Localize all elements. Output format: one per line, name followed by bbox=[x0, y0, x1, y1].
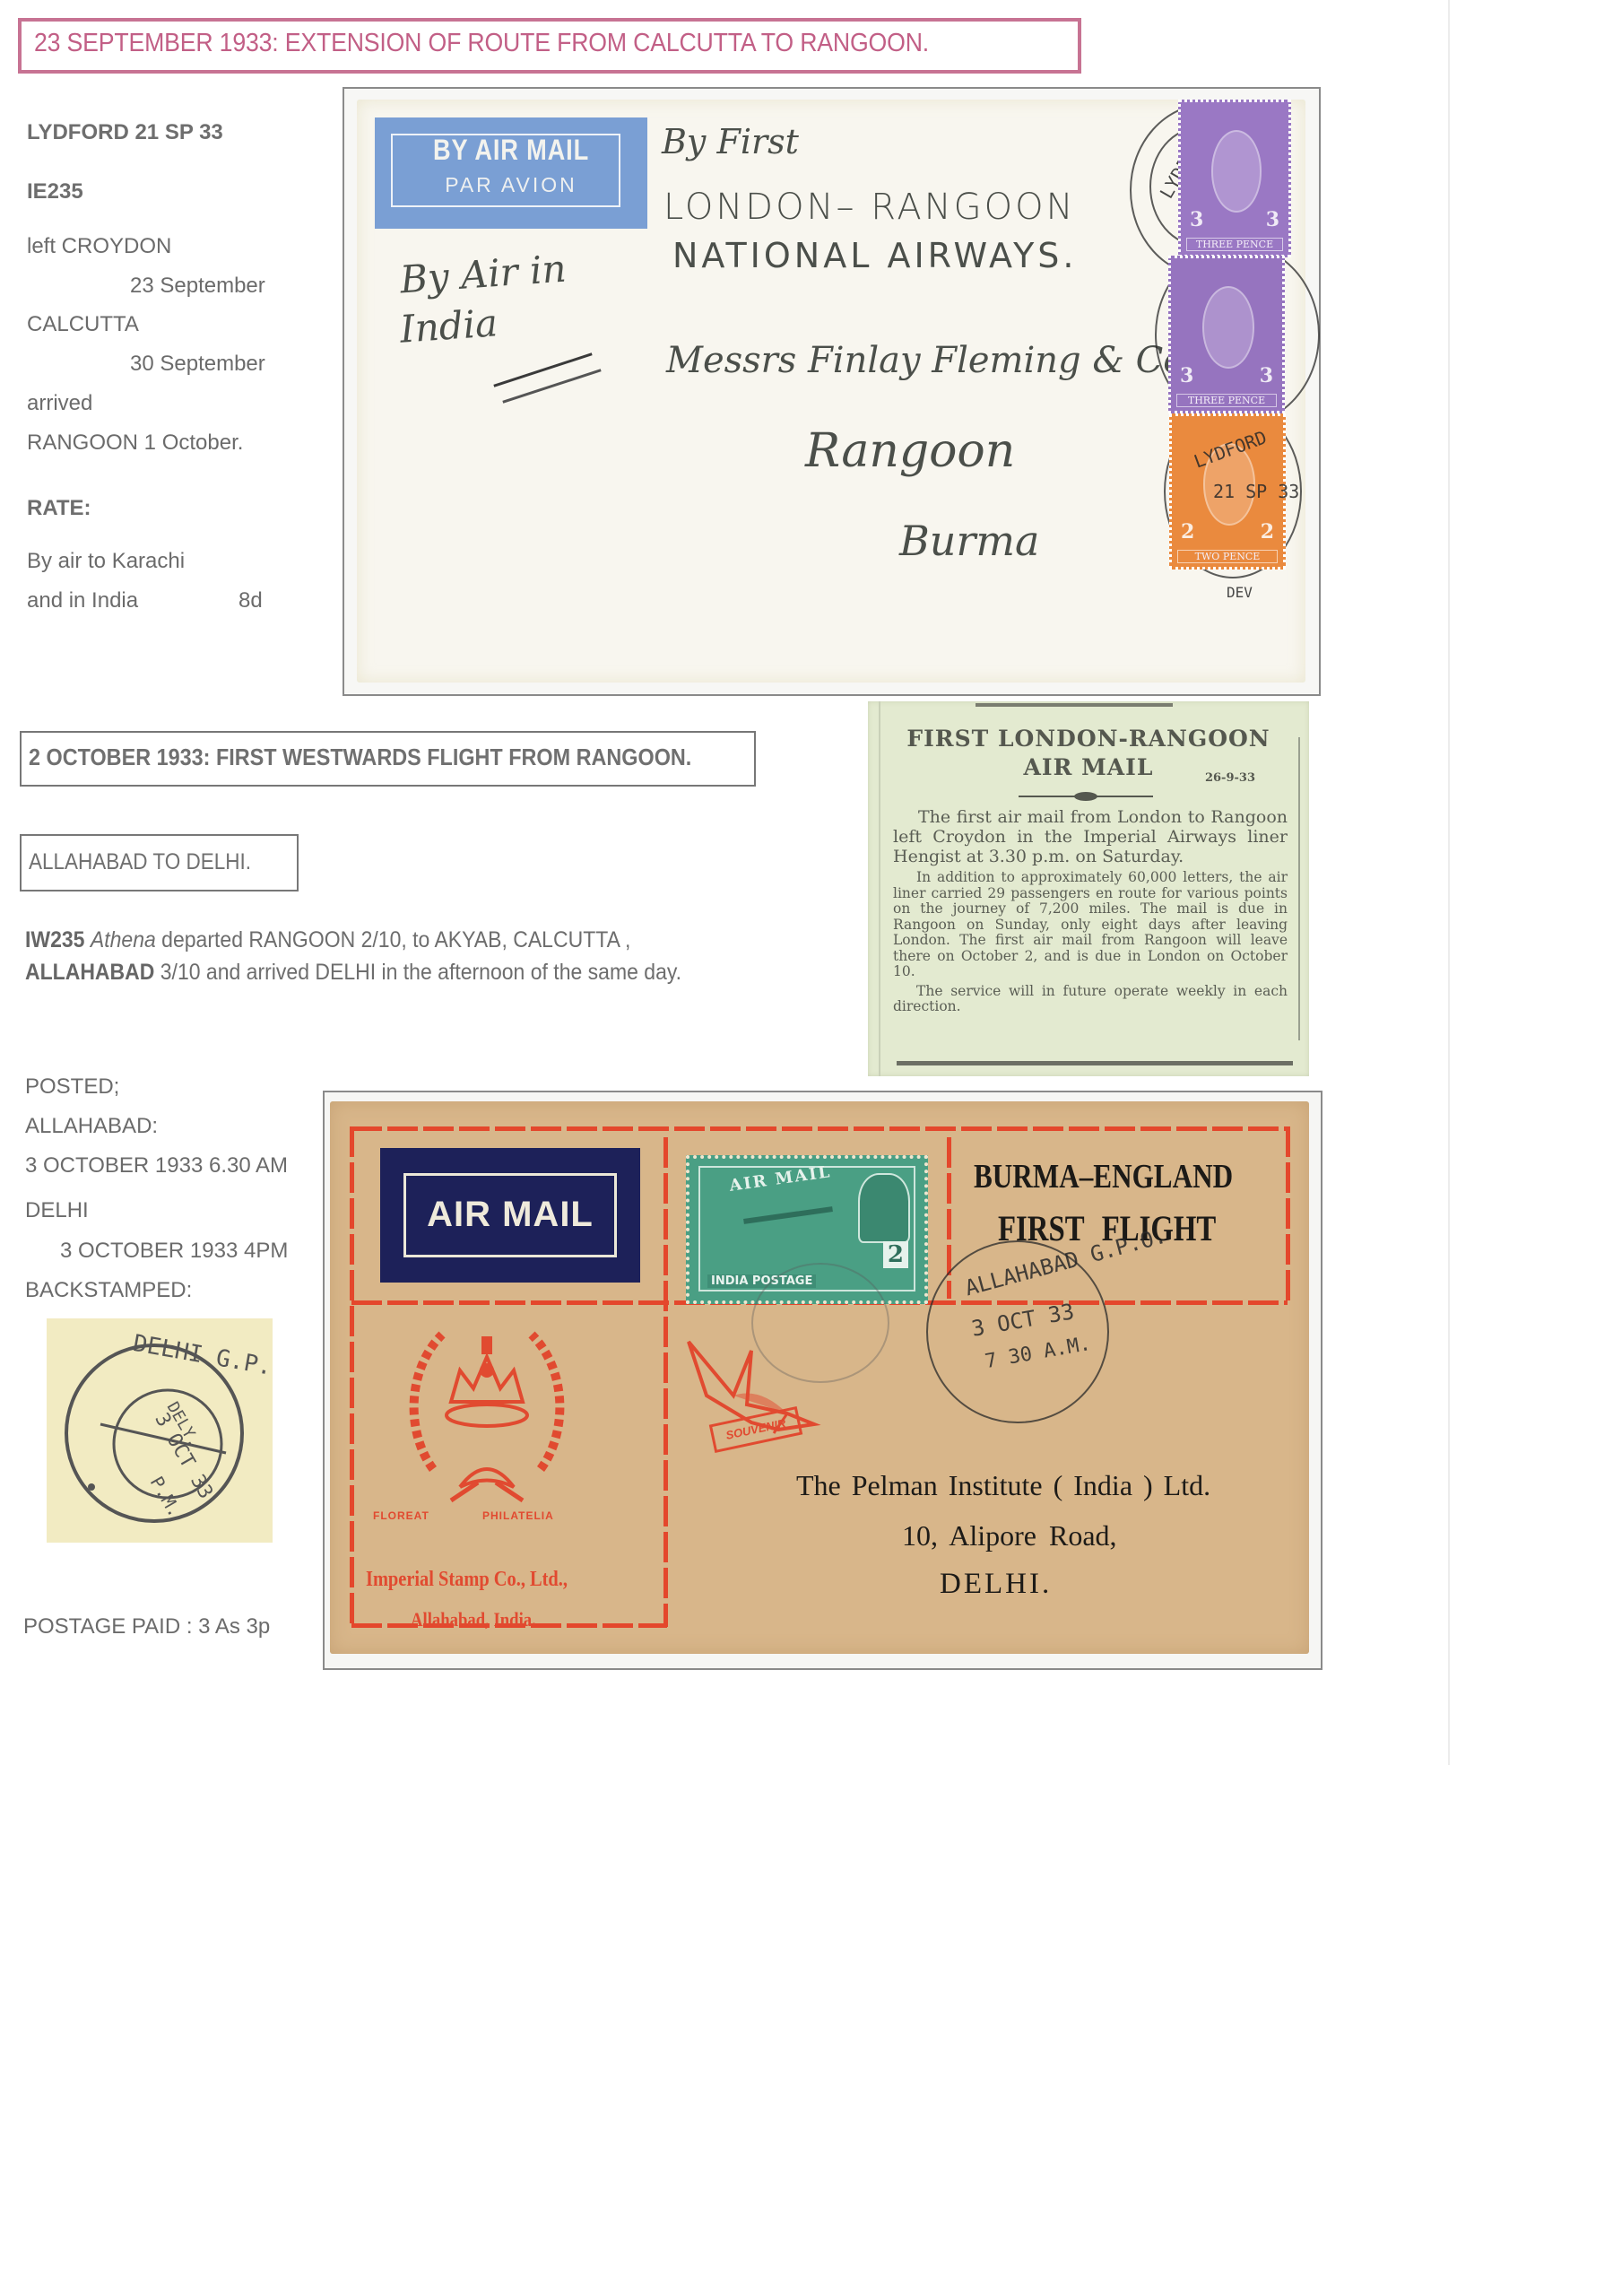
airmail-label: BY AIR MAIL PAR AVION bbox=[375, 117, 647, 229]
note-destination: DELHI bbox=[25, 1198, 89, 1223]
stop-name: ALLAHABAD bbox=[25, 960, 154, 985]
svg-text:DELHI G.P.O.: DELHI G.P.O. bbox=[131, 1330, 273, 1386]
cachet-border bbox=[350, 1126, 354, 1627]
cachet-maker-line1: Imperial Stamp Co., Ltd., bbox=[366, 1568, 568, 1592]
clipping-date: 26-9-33 bbox=[1205, 771, 1255, 785]
note-via-date: 30 September bbox=[130, 352, 265, 377]
airmail-label: AIR MAIL bbox=[380, 1148, 640, 1283]
route-heading-box: ALLAHABAD TO DELHI. bbox=[20, 834, 299, 891]
handwriting-underline bbox=[502, 369, 601, 403]
route-heading: ALLAHABAD TO DELHI. bbox=[29, 849, 251, 875]
note-destination-time: 3 OCTOBER 1933 4PM bbox=[60, 1239, 288, 1264]
note-left-date: 23 September bbox=[130, 274, 265, 299]
backstamp-image: DELHI G.P.O. DELY. 3 OCT 33 P.M. bbox=[47, 1318, 273, 1543]
page-title-box: 23 SEPTEMBER 1933: EXTENSION OF ROUTE FR… bbox=[18, 18, 1081, 74]
note-posted: POSTED; bbox=[25, 1074, 119, 1100]
cachet-border bbox=[351, 1126, 1288, 1131]
address-line-2: 10, Alipore Road, bbox=[902, 1519, 1117, 1552]
note-flight-number: IE235 bbox=[27, 179, 83, 204]
handwriting-india: India bbox=[398, 300, 499, 351]
address-line-3: Burma bbox=[899, 517, 1039, 565]
postmark-county: DEV bbox=[1227, 584, 1253, 601]
delhi-postmark-icon: DELHI G.P.O. DELY. 3 OCT 33 P.M. bbox=[47, 1318, 273, 1543]
cachet-border bbox=[1286, 1126, 1290, 1304]
page-title: 23 SEPTEMBER 1933: EXTENSION OF ROUTE FR… bbox=[34, 29, 929, 58]
note-rate-value: 8d bbox=[238, 588, 263, 613]
cover-1-mount: BY AIR MAIL PAR AVION By First LONDON– R… bbox=[343, 87, 1321, 696]
cachet-maker-line2: Allahabad, India. bbox=[411, 1608, 536, 1631]
handwriting-airline: NATIONAL AIRWAYS. bbox=[672, 236, 1078, 275]
aircraft-name: Athena bbox=[91, 927, 156, 952]
cachet-motto-left: FLOREAT bbox=[373, 1509, 429, 1522]
address-line-1: The Pelman Institute ( India ) Ltd. bbox=[796, 1469, 1210, 1502]
note-origin-time: 3 OCTOBER 1933 6.30 AM bbox=[25, 1153, 288, 1178]
section-heading: 2 OCTOBER 1933: FIRST WESTWARDS FLIGHT F… bbox=[29, 744, 691, 771]
note-arrived-label: arrived bbox=[27, 391, 92, 416]
cover-2-envelope: AIR MAIL AIR MAIL INDIA POSTAGE 2 BURMA–… bbox=[330, 1101, 1309, 1654]
note-arrived-value: RANGOON 1 October. bbox=[27, 430, 243, 456]
note-postmark: LYDFORD 21 SP 33 bbox=[27, 120, 223, 145]
flight-number: IW235 bbox=[25, 927, 84, 952]
stamp-three-pence: 3 3 THREE PENCE bbox=[1178, 100, 1291, 257]
flight-description: IW235 Athena departed RANGOON 2/10, to A… bbox=[25, 924, 685, 988]
page-margin-rule bbox=[1448, 0, 1450, 1765]
section-heading-box: 2 OCTOBER 1933: FIRST WESTWARDS FLIGHT F… bbox=[20, 731, 756, 787]
airmail-label-text: AIR MAIL bbox=[380, 1195, 640, 1235]
handwriting-by-air: By Air in bbox=[399, 247, 568, 302]
airmail-label-line1: BY AIR MAIL bbox=[395, 134, 627, 167]
cachet-title-line1: BURMA–ENGLAND bbox=[974, 1157, 1233, 1196]
cover-1-envelope: BY AIR MAIL PAR AVION By First LONDON– R… bbox=[357, 100, 1305, 683]
clipping-body: The first air mail from London to Rangoo… bbox=[893, 807, 1288, 1015]
handwriting-by-first: By First bbox=[662, 122, 799, 161]
note-left-label: left CROYDON bbox=[27, 234, 171, 259]
handwriting-underline bbox=[493, 352, 592, 387]
note-postage-paid: POSTAGE PAID : 3 As 3p bbox=[23, 1614, 270, 1639]
note-rate-line2: and in India bbox=[27, 588, 138, 613]
airmail-label-line2: PAR AVION bbox=[375, 173, 647, 197]
note-backstamped: BACKSTAMPED: bbox=[25, 1278, 192, 1303]
address-line-1: Messrs Finlay Fleming & Co bbox=[666, 340, 1184, 381]
crown-wreath-icon bbox=[397, 1317, 577, 1514]
note-origin: ALLAHABAD: bbox=[25, 1114, 158, 1139]
cover-2-mount: AIR MAIL AIR MAIL INDIA POSTAGE 2 BURMA–… bbox=[323, 1091, 1322, 1670]
address-line-3: DELHI. bbox=[940, 1568, 1052, 1601]
note-via-label: CALCUTTA bbox=[27, 312, 139, 337]
note-rate-line1: By air to Karachi bbox=[27, 549, 185, 574]
newspaper-clipping: FIRST LONDON-RANGOON AIR MAIL 26-9-33 Th… bbox=[868, 701, 1309, 1076]
postmark-date: 21 SP 33 bbox=[1213, 481, 1299, 502]
cachet-border bbox=[663, 1137, 668, 1627]
clipping-ornament bbox=[1019, 796, 1153, 797]
address-line-2: Rangoon bbox=[805, 424, 1015, 478]
handwriting-route: LONDON– RANGOON bbox=[663, 187, 1076, 228]
stamp-three-pence: 3 3 THREE PENCE bbox=[1168, 256, 1285, 413]
cachet-motto-right: PHILATELIA bbox=[482, 1509, 554, 1522]
note-rate-heading: RATE: bbox=[27, 496, 91, 521]
